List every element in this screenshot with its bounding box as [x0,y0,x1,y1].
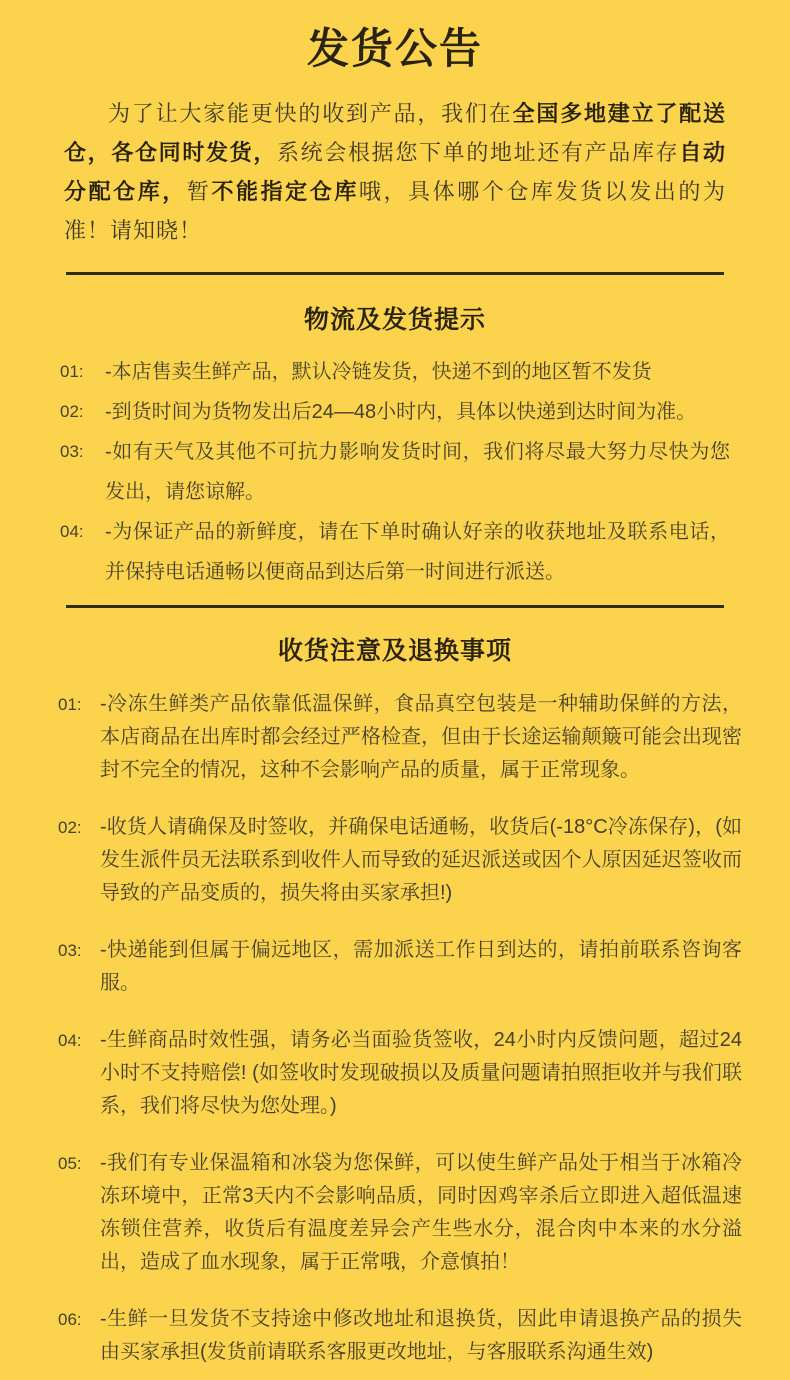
list-item: 02: -收货人请确保及时签收，并确保电话通畅，收货后(-18°C冷冻保存)，(… [58,811,742,910]
item-number: 06: [58,1303,100,1336]
item-text: -我们有专业保温箱和冰袋为您保鲜，可以使生鲜产品处于相当于冰箱冷冻环境中，正常3… [100,1147,742,1279]
item-text: -冷冻生鲜类产品依靠低温保鲜，食品真空包装是一种辅助保鲜的方法，本店商品在出库时… [100,688,742,787]
list-item: 01: -冷冻生鲜类产品依靠低温保鲜，食品真空包装是一种辅助保鲜的方法，本店商品… [58,688,742,787]
intro-paragraph: 为了让大家能更快的收到产品，我们在全国多地建立了配送仓，各仓同时发货，系统会根据… [64,94,726,250]
item-text: -如有天气及其他不可抗力影响发货时间，我们将尽最大努力尽快为您发出，请您谅解。 [105,432,730,512]
item-number: 02: [58,811,100,844]
item-number: 03: [58,934,100,967]
list-item: 02: -到货时间为货物发出后24—48小时内，具体以快递到达时间为准。 [60,392,730,432]
list-item: 03: -快递能到但属于偏远地区，需加派送工作日到达的，请拍前联系咨询客服。 [58,934,742,1000]
intro-segment: 暂 [187,179,212,204]
item-text: -收货人请确保及时签收，并确保电话通畅，收货后(-18°C冷冻保存)，(如发生派… [100,811,742,910]
item-number: 03: [60,432,105,472]
list-item: 05: -我们有专业保温箱和冰袋为您保鲜，可以使生鲜产品处于相当于冰箱冷冻环境中… [58,1147,742,1279]
item-text: -快递能到但属于偏远地区，需加派送工作日到达的，请拍前联系咨询客服。 [100,934,742,1000]
section-heading-logistics: 物流及发货提示 [0,305,790,335]
list-item: 04: -生鲜商品时效性强，请务必当面验货签收，24小时内反馈问题，超过24小时… [58,1024,742,1123]
item-number: 04: [60,512,105,552]
page-title: 发货公告 [0,0,790,72]
list-item: 06: -生鲜一旦发货不支持途中修改地址和退换货，因此申请退换产品的损失由买家承… [58,1303,742,1369]
intro-segment-bold: 不能指定仓库 [211,179,358,204]
item-number: 04: [58,1024,100,1057]
shipping-notice-page: 发货公告 为了让大家能更快的收到产品，我们在全国多地建立了配送仓，各仓同时发货，… [0,0,790,1380]
divider [66,605,724,608]
item-text: -生鲜一旦发货不支持途中修改地址和退换货，因此申请退换产品的损失由买家承担(发货… [100,1303,742,1369]
intro-segment: 系统会根据您下单的地址还有产品库存 [277,140,679,165]
item-text: -生鲜商品时效性强，请务必当面验货签收，24小时内反馈问题，超过24小时不支持赔… [100,1024,742,1123]
item-number: 01: [60,352,105,392]
intro-segment: 为了让大家能更快的收到产品，我们在 [108,101,513,126]
divider [66,272,724,275]
item-text: -到货时间为货物发出后24—48小时内，具体以快递到达时间为准。 [105,392,730,432]
item-text: -本店售卖生鲜产品，默认冷链发货，快递不到的地区暂不发货 [105,352,730,392]
list-item: 03: -如有天气及其他不可抗力影响发货时间，我们将尽最大努力尽快为您发出，请您… [60,432,730,512]
item-number: 01: [58,688,100,721]
list-item: 01: -本店售卖生鲜产品，默认冷链发货，快递不到的地区暂不发货 [60,352,730,392]
list-item: 04: -为保证产品的新鲜度，请在下单时确认好亲的收获地址及联系电话，并保持电话… [60,512,730,592]
logistics-list: 01: -本店售卖生鲜产品，默认冷链发货，快递不到的地区暂不发货 02: -到货… [60,352,730,592]
item-number: 05: [58,1147,100,1180]
item-text: -为保证产品的新鲜度，请在下单时确认好亲的收获地址及联系电话，并保持电话通畅以便… [105,512,730,592]
item-number: 02: [60,392,105,432]
section-heading-returns: 收货注意及退换事项 [0,636,790,666]
returns-list: 01: -冷冻生鲜类产品依靠低温保鲜，食品真空包装是一种辅助保鲜的方法，本店商品… [58,688,742,1369]
